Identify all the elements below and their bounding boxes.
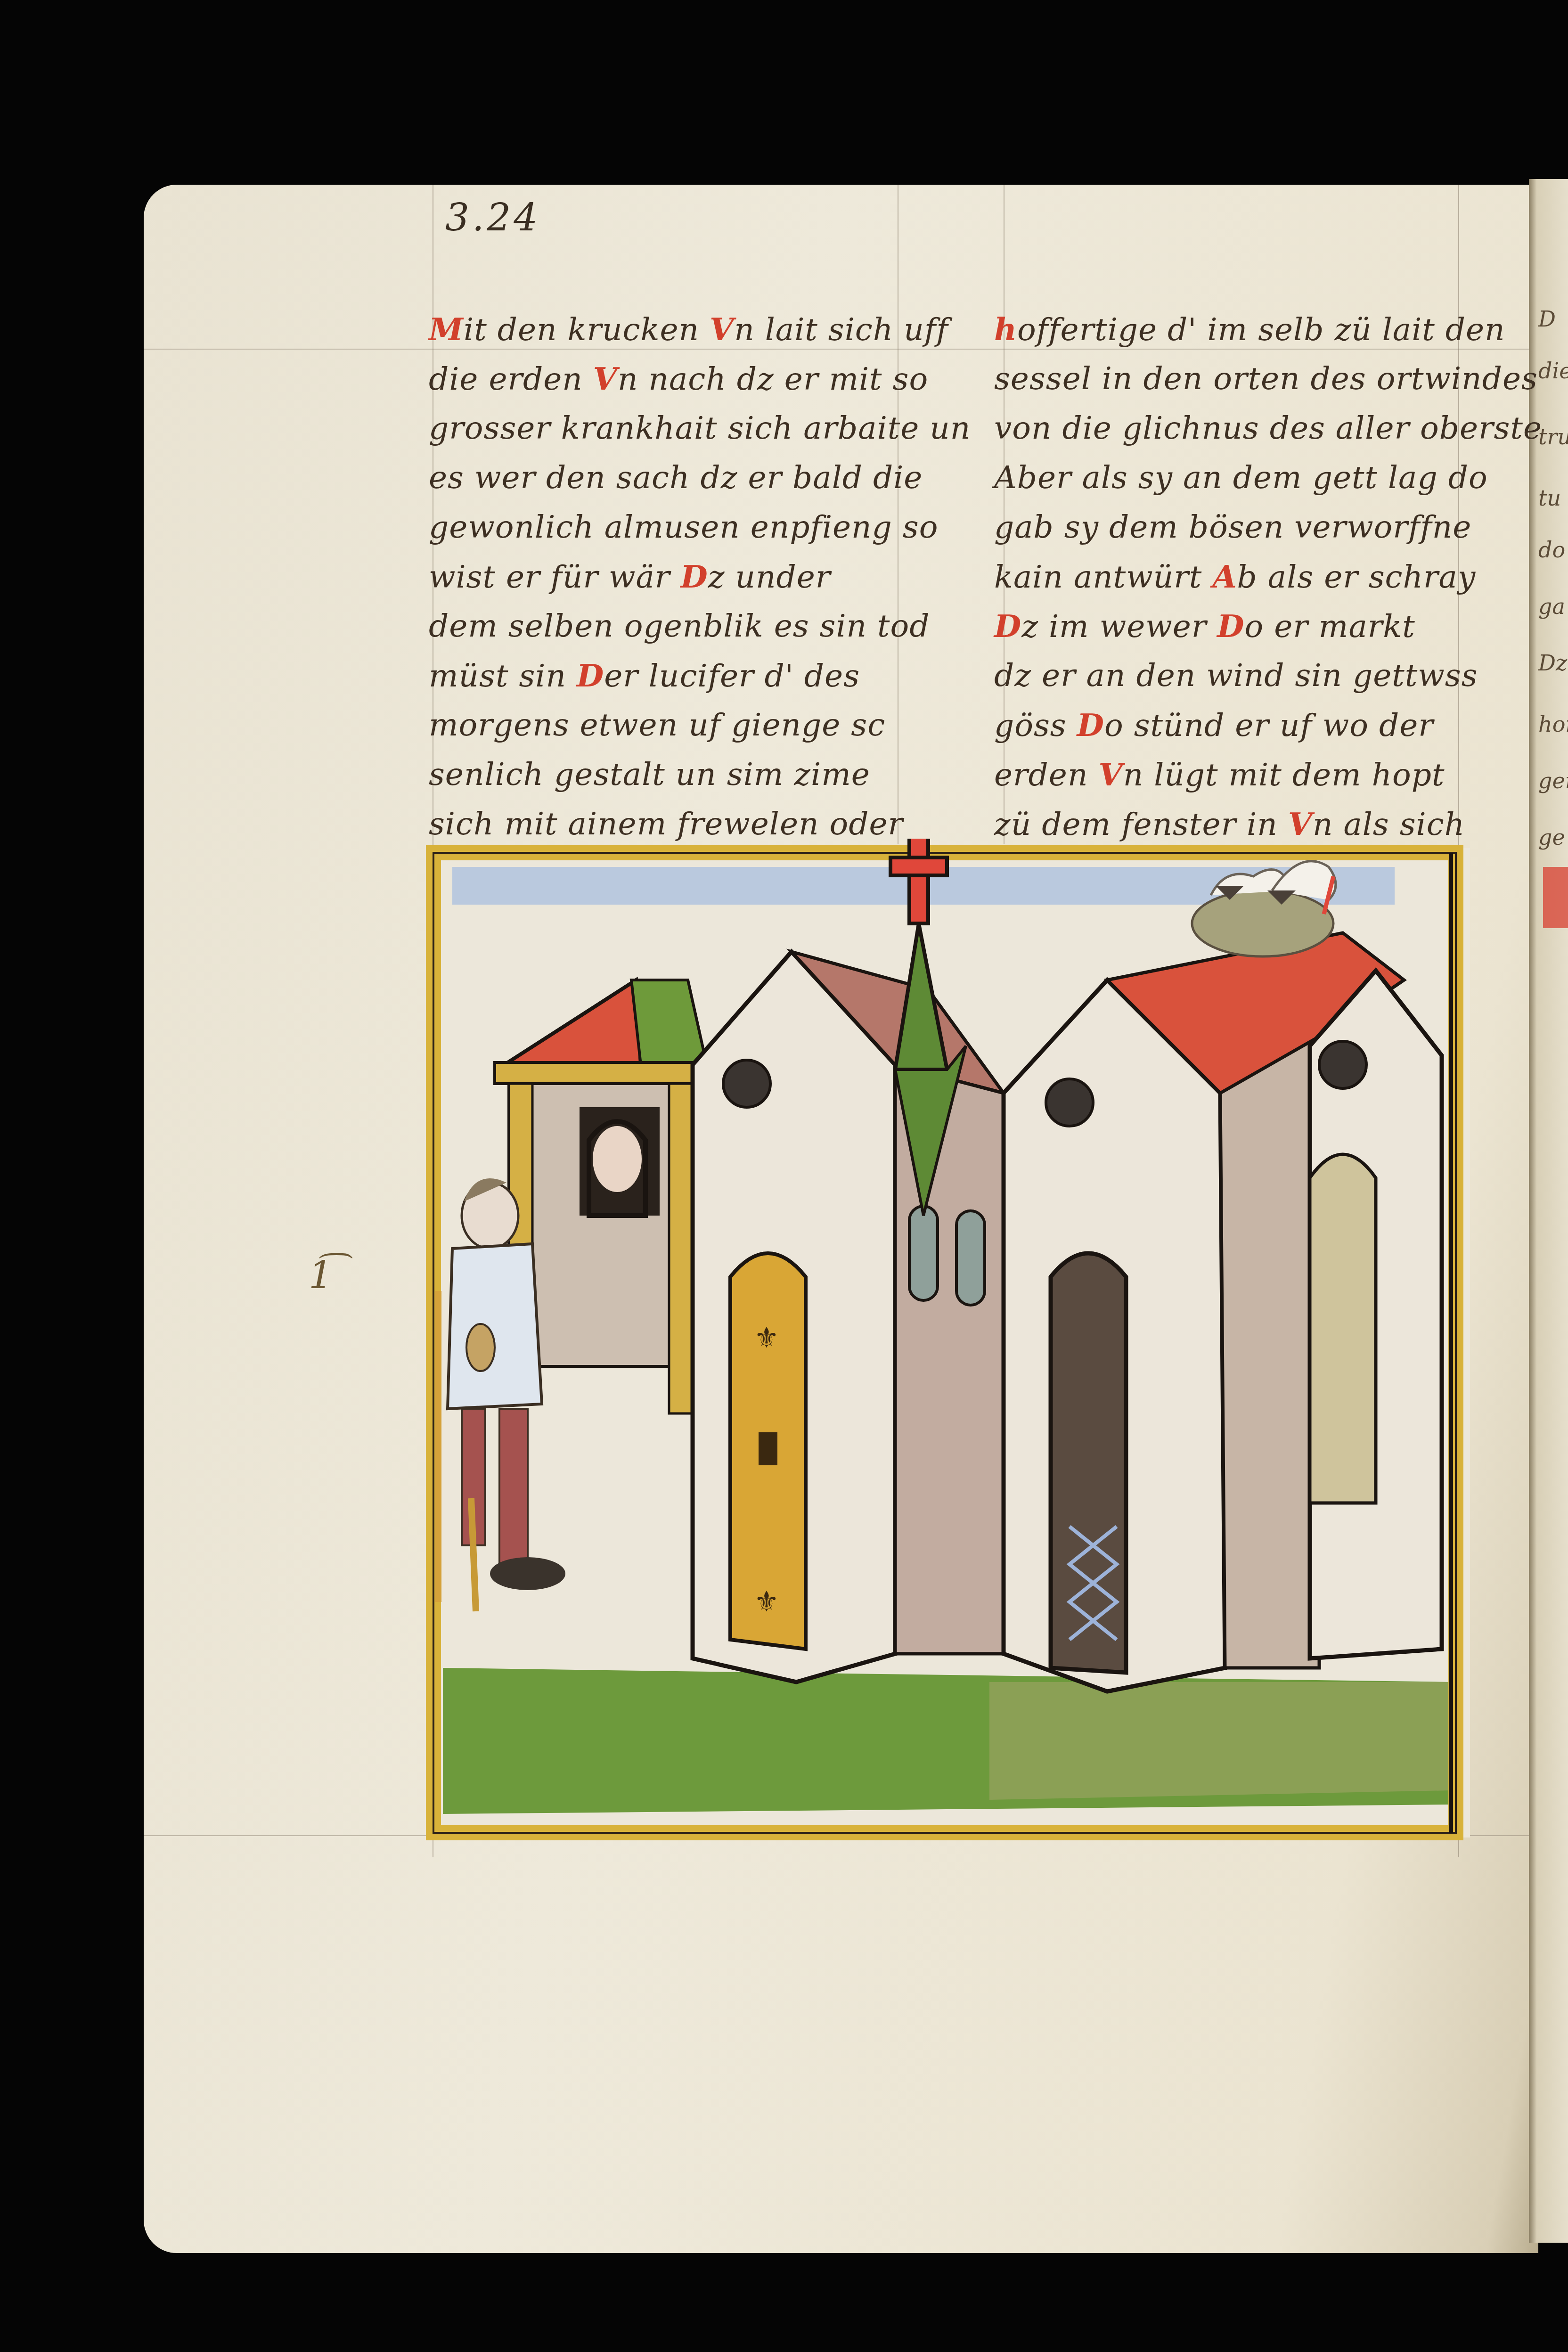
church-window-tracery — [1310, 1154, 1376, 1503]
svg-text:⚜: ⚜ — [754, 1322, 779, 1355]
text-line: von die glichnus des aller oberste — [994, 410, 1542, 446]
text-line: kain antwürt Ab als er schray — [994, 558, 1476, 595]
facing-page-edge: D die tru tu do ga Dz hon ger ge — [1529, 179, 1568, 2243]
miniature-illustration: ⚜ ⚜ — [424, 839, 1489, 1866]
folio-number: 3.24 — [445, 196, 540, 239]
facing-fragment: die — [1538, 358, 1568, 384]
text-line: Mit den krucken Vn lait sich uff — [429, 311, 948, 348]
facing-fragment: ga — [1538, 594, 1565, 619]
right-text-column: hoffertige d' im selb zü lait den sessel… — [994, 311, 1484, 853]
text-line: morgens etwen uf gienge sc — [429, 707, 885, 743]
facing-fragment: hon — [1538, 711, 1568, 737]
facing-fragment: ger — [1538, 768, 1568, 793]
svg-text:⚜: ⚜ — [754, 1585, 779, 1618]
text-line: senlich gestalt un sim zime — [429, 756, 870, 792]
text-line: grosser krankhait sich arbaite un — [429, 410, 971, 446]
facing-fragment: tru — [1538, 424, 1568, 449]
text-line: sich mit ainem frewelen oder — [429, 806, 903, 842]
text-line: hoffertige d' im selb zü lait den — [994, 311, 1505, 348]
tunic — [448, 1244, 542, 1409]
text-line: gab sy dem bösen verworffne — [994, 509, 1471, 545]
text-line: dz er an den wind sin gettwss — [994, 657, 1478, 694]
left-text-column: Mit den krucken Vn lait sich uff die erd… — [429, 311, 900, 853]
margin-mark: 1͡ — [309, 1253, 333, 1297]
church-archway — [1051, 1253, 1126, 1673]
text-line: dem selben ogenblik es sin tod — [429, 608, 930, 644]
text-line: gewonlich almusen enpfieng so — [429, 509, 938, 545]
facing-fragment: Dz — [1538, 650, 1567, 676]
text-line: Aber als sy an dem gett lag do — [994, 459, 1488, 496]
text-line: die erden Vn nach dz er mit so — [429, 360, 928, 397]
text-line: zü dem fenster in Vn als sich — [994, 806, 1465, 842]
facing-fragment: ge — [1538, 825, 1565, 850]
text-line: Dz im wewer Do er markt — [994, 608, 1415, 645]
text-line: wist er für wär Dz under — [429, 558, 831, 595]
text-line: es wer den sach dz er bald die — [429, 459, 923, 496]
facing-initial — [1543, 867, 1568, 928]
nun-face — [593, 1126, 642, 1192]
text-line: erden Vn lügt mit dem hopt — [994, 756, 1445, 793]
text-line: sessel in den orten des ortwindes — [994, 360, 1538, 397]
facing-fragment: do — [1538, 537, 1565, 563]
alms-purse — [466, 1324, 495, 1371]
text-line: müst sin Der lucifer d' des — [429, 657, 860, 694]
text-line: göss Do stünd er uf wo der — [994, 707, 1434, 743]
facing-fragment: tu — [1538, 485, 1561, 511]
facing-fragment: D — [1538, 306, 1556, 332]
